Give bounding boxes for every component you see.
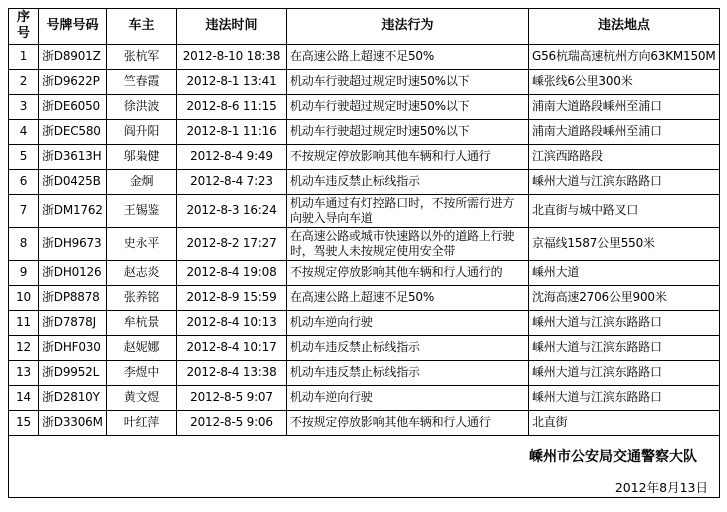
cell-plate: 浙D3613H — [39, 144, 107, 169]
cell-owner: 黄文煜 — [107, 385, 177, 410]
cell-location: 浦南大道路段嵊州至浦口 — [529, 94, 720, 119]
issuing-agency: 嵊州市公安局交通警察大队 — [12, 449, 716, 467]
footer-cell: 嵊州市公安局交通警察大队 2012年8月13日 — [9, 435, 720, 497]
cell-plate: 浙DH0126 — [39, 260, 107, 285]
cell-plate: 浙D9622P — [39, 69, 107, 94]
cell-behavior: 在高速公路或城市快速路以外的道路上行驶时，驾驶人未按规定使用安全带 — [287, 227, 529, 260]
table-row: 10 浙DP8878 张养铭 2012-8-9 15:59 在高速公路上超速不足… — [9, 285, 720, 310]
cell-behavior: 机动车逆向行驶 — [287, 310, 529, 335]
table-row: 9 浙DH0126 赵志炎 2012-8-4 19:08 不按规定停放影响其他车… — [9, 260, 720, 285]
cell-owner: 徐洪波 — [107, 94, 177, 119]
cell-index: 4 — [9, 119, 39, 144]
cell-index: 11 — [9, 310, 39, 335]
cell-behavior: 机动车通过有灯控路口时，不按所需行进方向驶入导向车道 — [287, 194, 529, 227]
cell-plate: 浙D9952L — [39, 360, 107, 385]
table-row: 12 浙DHF030 赵妮娜 2012-8-4 10:17 机动车违反禁止标线指… — [9, 335, 720, 360]
cell-behavior: 机动车行驶超过规定时速50%以下 — [287, 94, 529, 119]
cell-plate: 浙D7878J — [39, 310, 107, 335]
cell-plate: 浙D2810Y — [39, 385, 107, 410]
table-row: 8 浙DH9673 史永平 2012-8-2 17:27 在高速公路或城市快速路… — [9, 227, 720, 260]
cell-behavior: 在高速公路上超速不足50% — [287, 285, 529, 310]
cell-index: 1 — [9, 44, 39, 69]
cell-owner: 邬枭健 — [107, 144, 177, 169]
cell-owner: 张养铭 — [107, 285, 177, 310]
cell-index: 7 — [9, 194, 39, 227]
cell-location: 嵊州大道与江滨东路路口 — [529, 335, 720, 360]
cell-plate: 浙D3306M — [39, 410, 107, 435]
col-header-time: 违法时间 — [177, 9, 287, 45]
cell-time: 2012-8-10 18:38 — [177, 44, 287, 69]
cell-owner: 金炯 — [107, 169, 177, 194]
cell-time: 2012-8-1 13:41 — [177, 69, 287, 94]
table-row: 7 浙DM1762 王锡鉴 2012-8-3 16:24 机动车通过有灯控路口时… — [9, 194, 720, 227]
cell-time: 2012-8-6 11:15 — [177, 94, 287, 119]
cell-owner: 叶红萍 — [107, 410, 177, 435]
cell-plate: 浙DE6050 — [39, 94, 107, 119]
col-header-index: 序号 — [9, 9, 39, 45]
cell-location: 嵊州大道与江滨东路路口 — [529, 385, 720, 410]
cell-location: 嵊州大道与江滨东路路口 — [529, 360, 720, 385]
table-row: 6 浙D0425B 金炯 2012-8-4 7:23 机动车违反禁止标线指示 嵊… — [9, 169, 720, 194]
cell-time: 2012-8-4 10:13 — [177, 310, 287, 335]
cell-index: 14 — [9, 385, 39, 410]
cell-index: 3 — [9, 94, 39, 119]
cell-behavior: 不按规定停放影响其他车辆和行人通行 — [287, 410, 529, 435]
cell-plate: 浙DP8878 — [39, 285, 107, 310]
table-footer: 嵊州市公安局交通警察大队 2012年8月13日 — [9, 435, 720, 497]
cell-time: 2012-8-5 9:06 — [177, 410, 287, 435]
cell-time: 2012-8-4 19:08 — [177, 260, 287, 285]
header-row: 序号 号牌号码 车主 违法时间 违法行为 违法地点 — [9, 9, 720, 45]
table-row: 2 浙D9622P 竺春霞 2012-8-1 13:41 机动车行驶超过规定时速… — [9, 69, 720, 94]
cell-plate: 浙D0425B — [39, 169, 107, 194]
table-row: 11 浙D7878J 牟杭景 2012-8-4 10:13 机动车逆向行驶 嵊州… — [9, 310, 720, 335]
cell-index: 12 — [9, 335, 39, 360]
cell-owner: 张杭军 — [107, 44, 177, 69]
cell-time: 2012-8-3 16:24 — [177, 194, 287, 227]
cell-owner: 赵志炎 — [107, 260, 177, 285]
cell-plate: 浙DH9673 — [39, 227, 107, 260]
col-header-location: 违法地点 — [529, 9, 720, 45]
col-header-plate: 号牌号码 — [39, 9, 107, 45]
table-row: 14 浙D2810Y 黄文煜 2012-8-5 9:07 机动车逆向行驶 嵊州大… — [9, 385, 720, 410]
cell-owner: 牟杭景 — [107, 310, 177, 335]
table-row: 13 浙D9952L 李煜中 2012-8-4 13:38 机动车违反禁止标线指… — [9, 360, 720, 385]
cell-time: 2012-8-9 15:59 — [177, 285, 287, 310]
issue-date: 2012年8月13日 — [12, 480, 716, 496]
col-header-behavior: 违法行为 — [287, 9, 529, 45]
cell-behavior: 机动车逆向行驶 — [287, 385, 529, 410]
cell-owner: 李煜中 — [107, 360, 177, 385]
cell-index: 15 — [9, 410, 39, 435]
cell-behavior: 不按规定停放影响其他车辆和行人通行的 — [287, 260, 529, 285]
cell-behavior: 机动车违反禁止标线指示 — [287, 335, 529, 360]
cell-location: 沈海高速2706公里900米 — [529, 285, 720, 310]
table-row: 4 浙DEC580 阎升阳 2012-8-1 11:16 机动车行驶超过规定时速… — [9, 119, 720, 144]
cell-behavior: 机动车行驶超过规定时速50%以下 — [287, 69, 529, 94]
col-header-owner: 车主 — [107, 9, 177, 45]
table-header: 序号 号牌号码 车主 违法时间 违法行为 违法地点 — [9, 9, 720, 45]
cell-behavior: 机动车行驶超过规定时速50%以下 — [287, 119, 529, 144]
cell-time: 2012-8-5 9:07 — [177, 385, 287, 410]
cell-behavior: 不按规定停放影响其他车辆和行人通行 — [287, 144, 529, 169]
cell-index: 2 — [9, 69, 39, 94]
cell-owner: 竺春霞 — [107, 69, 177, 94]
cell-behavior: 在高速公路上超速不足50% — [287, 44, 529, 69]
cell-location: 嵊州大道与江滨东路路口 — [529, 169, 720, 194]
footer-row: 嵊州市公安局交通警察大队 2012年8月13日 — [9, 435, 720, 497]
cell-index: 9 — [9, 260, 39, 285]
cell-location: 京福线1587公里550米 — [529, 227, 720, 260]
cell-location: G56杭瑞高速杭州方向63KM150M — [529, 44, 720, 69]
cell-plate: 浙D8901Z — [39, 44, 107, 69]
cell-owner: 王锡鉴 — [107, 194, 177, 227]
cell-owner: 赵妮娜 — [107, 335, 177, 360]
cell-location: 浦南大道路段嵊州至浦口 — [529, 119, 720, 144]
cell-owner: 史永平 — [107, 227, 177, 260]
cell-behavior: 机动车违反禁止标线指示 — [287, 169, 529, 194]
violation-notice-sheet: 序号 号牌号码 车主 违法时间 违法行为 违法地点 1 浙D8901Z 张杭军 … — [8, 8, 719, 498]
violation-table: 序号 号牌号码 车主 违法时间 违法行为 违法地点 1 浙D8901Z 张杭军 … — [8, 8, 720, 498]
cell-location: 嵊张线6公里300米 — [529, 69, 720, 94]
cell-time: 2012-8-4 7:23 — [177, 169, 287, 194]
cell-behavior: 机动车违反禁止标线指示 — [287, 360, 529, 385]
table-row: 1 浙D8901Z 张杭军 2012-8-10 18:38 在高速公路上超速不足… — [9, 44, 720, 69]
cell-index: 6 — [9, 169, 39, 194]
cell-owner: 阎升阳 — [107, 119, 177, 144]
cell-time: 2012-8-1 11:16 — [177, 119, 287, 144]
cell-location: 北直街 — [529, 410, 720, 435]
cell-location: 嵊州大道 — [529, 260, 720, 285]
table-row: 3 浙DE6050 徐洪波 2012-8-6 11:15 机动车行驶超过规定时速… — [9, 94, 720, 119]
cell-location: 北直街与城中路叉口 — [529, 194, 720, 227]
cell-time: 2012-8-2 17:27 — [177, 227, 287, 260]
cell-index: 13 — [9, 360, 39, 385]
cell-location: 嵊州大道与江滨东路路口 — [529, 310, 720, 335]
cell-time: 2012-8-4 13:38 — [177, 360, 287, 385]
table-row: 15 浙D3306M 叶红萍 2012-8-5 9:06 不按规定停放影响其他车… — [9, 410, 720, 435]
cell-time: 2012-8-4 9:49 — [177, 144, 287, 169]
cell-location: 江滨西路路段 — [529, 144, 720, 169]
cell-plate: 浙DM1762 — [39, 194, 107, 227]
cell-plate: 浙DHF030 — [39, 335, 107, 360]
table-body: 1 浙D8901Z 张杭军 2012-8-10 18:38 在高速公路上超速不足… — [9, 44, 720, 435]
table-row: 5 浙D3613H 邬枭健 2012-8-4 9:49 不按规定停放影响其他车辆… — [9, 144, 720, 169]
cell-index: 10 — [9, 285, 39, 310]
cell-time: 2012-8-4 10:17 — [177, 335, 287, 360]
cell-plate: 浙DEC580 — [39, 119, 107, 144]
cell-index: 5 — [9, 144, 39, 169]
cell-index: 8 — [9, 227, 39, 260]
